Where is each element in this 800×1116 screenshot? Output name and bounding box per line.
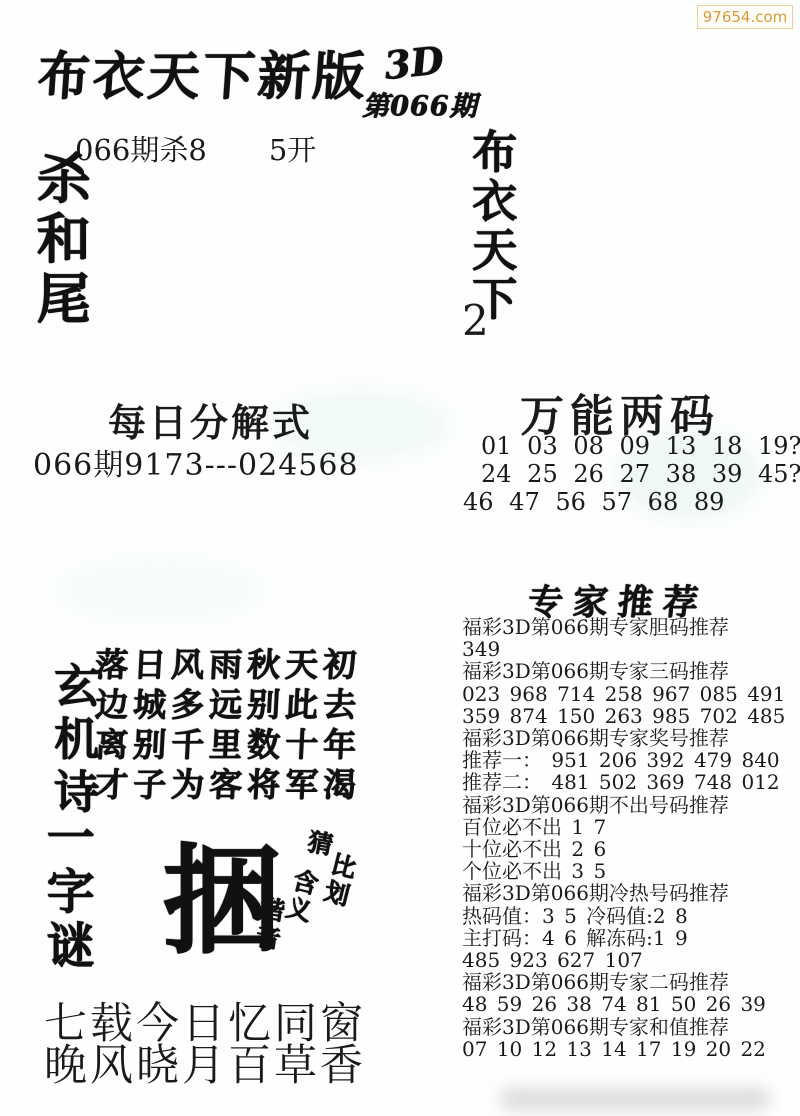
expert-line: 推荐一： 951 206 392 479 840 xyxy=(462,749,785,771)
brand-vertical-label: 布衣天下 xyxy=(458,128,523,324)
poem-line: 才子为客将军渴 xyxy=(94,765,362,805)
brand-edition-number: 2 xyxy=(462,296,489,345)
poem-line: 边城多远别此去 xyxy=(94,685,362,725)
expert-line: 个位必不出 3 5 xyxy=(462,860,785,882)
expert-line: 推荐二： 481 502 369 748 012 xyxy=(462,771,785,793)
universal-two-codes-grid: 01 03 08 09 13 18 19? 24 25 26 27 38 39 … xyxy=(463,432,800,516)
expert-line: 福彩3D第066期冷热号码推荐 xyxy=(462,882,785,904)
scan-smudge xyxy=(500,1088,770,1110)
game-type-label: 3D xyxy=(382,37,446,88)
expert-line: 主打码：4 6 解冻码:1 9 xyxy=(462,927,785,949)
poem-line: 离别千里数十年 xyxy=(94,725,362,765)
expert-line: 349 xyxy=(462,638,785,660)
scan-smudge xyxy=(60,560,260,620)
bottom-verse-line-2: 晚风晓月百草香 xyxy=(44,1032,366,1093)
kill-number-line: 066期杀85开 xyxy=(75,128,316,169)
expert-line: 023 968 714 258 967 085 491 xyxy=(462,683,785,705)
issue-number: 第066期 xyxy=(362,84,477,123)
one-character-riddle-label: 一字谜 xyxy=(32,812,101,974)
poem-line: 落日风雨秋天初 xyxy=(94,645,362,685)
expert-line: 福彩3D第066期不出号码推荐 xyxy=(462,794,785,816)
two-codes-row: 46 47 56 57 68 89 xyxy=(463,488,800,516)
expert-line: 福彩3D第066期专家奖号推荐 xyxy=(462,727,785,749)
mystery-poem: 落日风雨秋天初 边城多远别此去 离别千里数十年 才子为客将军渴 xyxy=(95,645,361,805)
expert-line: 十位必不出 2 6 xyxy=(462,838,785,860)
lottery-tip-sheet: 97654.com 布衣天下新版 3D 第066期 066期杀85开 杀和尾 布… xyxy=(0,0,800,1116)
expert-recommendation-list: 福彩3D第066期专家胆码推荐 349 福彩3D第066期专家三码推荐 023 … xyxy=(462,616,785,1060)
open-count-label: 5开 xyxy=(269,133,316,167)
expert-line: 福彩3D第066期专家胆码推荐 xyxy=(462,616,785,638)
expert-line: 福彩3D第066期专家二码推荐 xyxy=(462,971,785,993)
page-title: 布衣天下新版 xyxy=(35,34,370,109)
riddle-hint-homophone: 谐音 xyxy=(246,894,289,954)
daily-decomposition-title: 每日分解式 xyxy=(108,392,313,447)
expert-line: 48 59 26 38 74 81 50 26 39 xyxy=(462,993,785,1015)
daily-decomposition-formula: 066期9173---024568 xyxy=(33,440,359,484)
kill-sum-tail-label: 杀和尾 xyxy=(22,150,99,330)
expert-line: 07 10 12 13 14 17 19 20 22 xyxy=(462,1038,785,1060)
expert-line: 百位必不出 1 7 xyxy=(462,816,785,838)
expert-line: 485 923 627 107 xyxy=(462,949,785,971)
two-codes-row: 01 03 08 09 13 18 19? xyxy=(463,432,800,460)
expert-line: 福彩3D第066期专家和值推荐 xyxy=(462,1016,785,1038)
watermark-site-link[interactable]: 97654.com xyxy=(697,5,793,29)
expert-line: 359 874 150 263 985 702 485 xyxy=(462,705,785,727)
expert-line: 福彩3D第066期专家三码推荐 xyxy=(462,660,785,682)
expert-line: 热码值：3 5 冷码值:2 8 xyxy=(462,905,785,927)
two-codes-row: 24 25 26 27 38 39 45? xyxy=(463,460,800,488)
